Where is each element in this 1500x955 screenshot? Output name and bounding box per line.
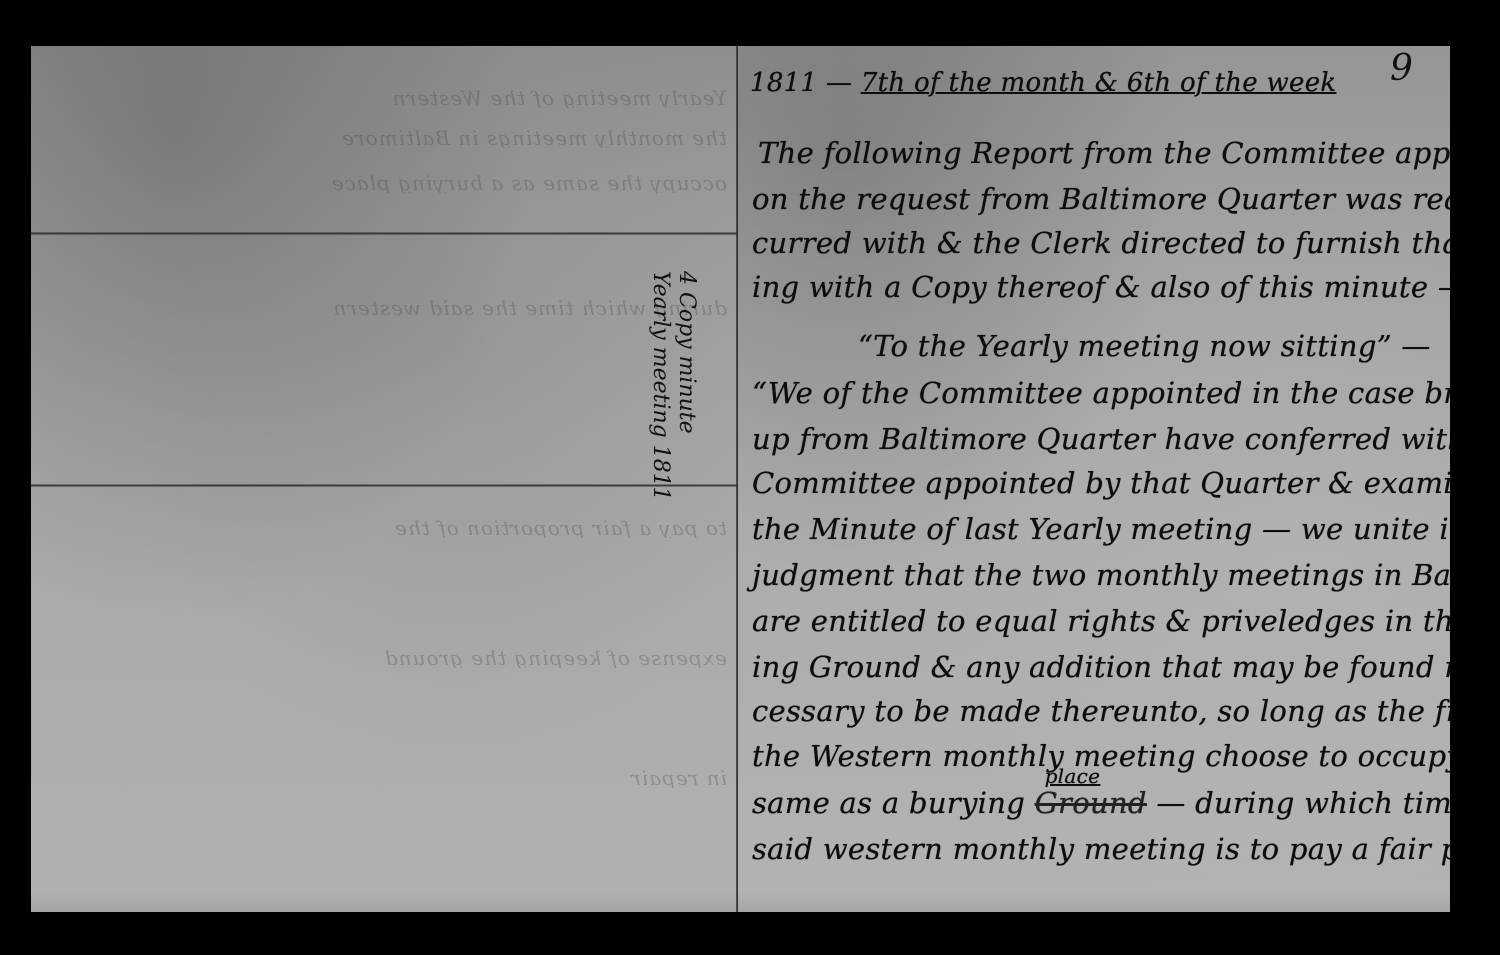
header-date: 7th of the month & 6th of the week xyxy=(861,68,1337,98)
correction: placeGround xyxy=(1035,786,1147,820)
left-page: Yearly meeting of the Western the monthl… xyxy=(31,46,737,912)
manuscript-line: ing Ground & any addition that may be fo… xyxy=(752,650,1450,684)
struck-word: Ground xyxy=(1035,786,1147,820)
manuscript-line: curred with & the Clerk directed to furn… xyxy=(752,226,1450,260)
docket-note: 4 Copy minute Yearly meeting 1811 xyxy=(639,271,719,531)
docket-line: 4 Copy minute xyxy=(673,271,699,531)
manuscript-line: Committee appointed by that Quarter & ex… xyxy=(752,466,1450,500)
scan-background: Yearly meeting of the Western the monthl… xyxy=(0,0,1500,955)
page-shadow xyxy=(738,892,1450,912)
manuscript-line: the Western monthly meeting choose to oc… xyxy=(752,739,1450,773)
manuscript-line: judgment that the two monthly meetings i… xyxy=(752,558,1450,592)
manuscript-line: are entitled to equal rights & priveledg… xyxy=(752,604,1450,638)
manuscript-line: said western monthly meeting is to pay a… xyxy=(752,832,1450,866)
bleed-through-line: to pay a fair proportion of the xyxy=(41,516,727,538)
page-number: 9 xyxy=(1390,48,1413,89)
manuscript-line: the Minute of last Yearly meeting — we u… xyxy=(752,512,1450,546)
fold-line xyxy=(31,232,737,235)
manuscript-line-with-correction: same as a burying placeGround — during w… xyxy=(752,786,1450,820)
line-text: same as a burying xyxy=(752,786,1035,820)
bleed-through-line: Yearly meeting of the Western xyxy=(41,86,727,108)
header-year: 1811 — xyxy=(750,68,852,98)
bleed-through-line: during which time the said western xyxy=(41,296,727,318)
manuscript-line-heading: “To the Yearly meeting now sitting” — xyxy=(858,329,1431,363)
bleed-through-line: in repair xyxy=(41,766,727,788)
fold-line xyxy=(31,484,737,487)
docket-text: 4 Copy minute Yearly meeting 1811 xyxy=(647,271,699,531)
manuscript-line: “We of the Committee appointed in the ca… xyxy=(752,376,1450,410)
manuscript-line: cessary to be made thereunto, so long as… xyxy=(752,694,1450,728)
bleed-through-line: the monthly meetings in Baltimore xyxy=(41,126,727,148)
inserted-word: place xyxy=(1045,764,1101,788)
right-page: 9 1811 — 7th of the month & 6th of the w… xyxy=(738,46,1450,912)
manuscript-line: The following Report from the Committee … xyxy=(758,136,1450,170)
date-header: 1811 — 7th of the month & 6th of the wee… xyxy=(750,68,1337,98)
page-shadow xyxy=(31,892,737,912)
manuscript-line: up from Baltimore Quarter have conferred… xyxy=(752,422,1450,456)
bleed-through-line: occupy the same as a burying place xyxy=(41,171,727,193)
docket-line: Yearly meeting 1811 xyxy=(647,271,673,531)
manuscript-line: ing with a Copy thereof & also of this m… xyxy=(752,270,1450,304)
line-text: — during which time the xyxy=(1147,786,1450,820)
manuscript-line: on the request from Baltimore Quarter wa… xyxy=(752,182,1450,216)
bleed-through-line: expense of keeping the ground xyxy=(41,646,727,668)
